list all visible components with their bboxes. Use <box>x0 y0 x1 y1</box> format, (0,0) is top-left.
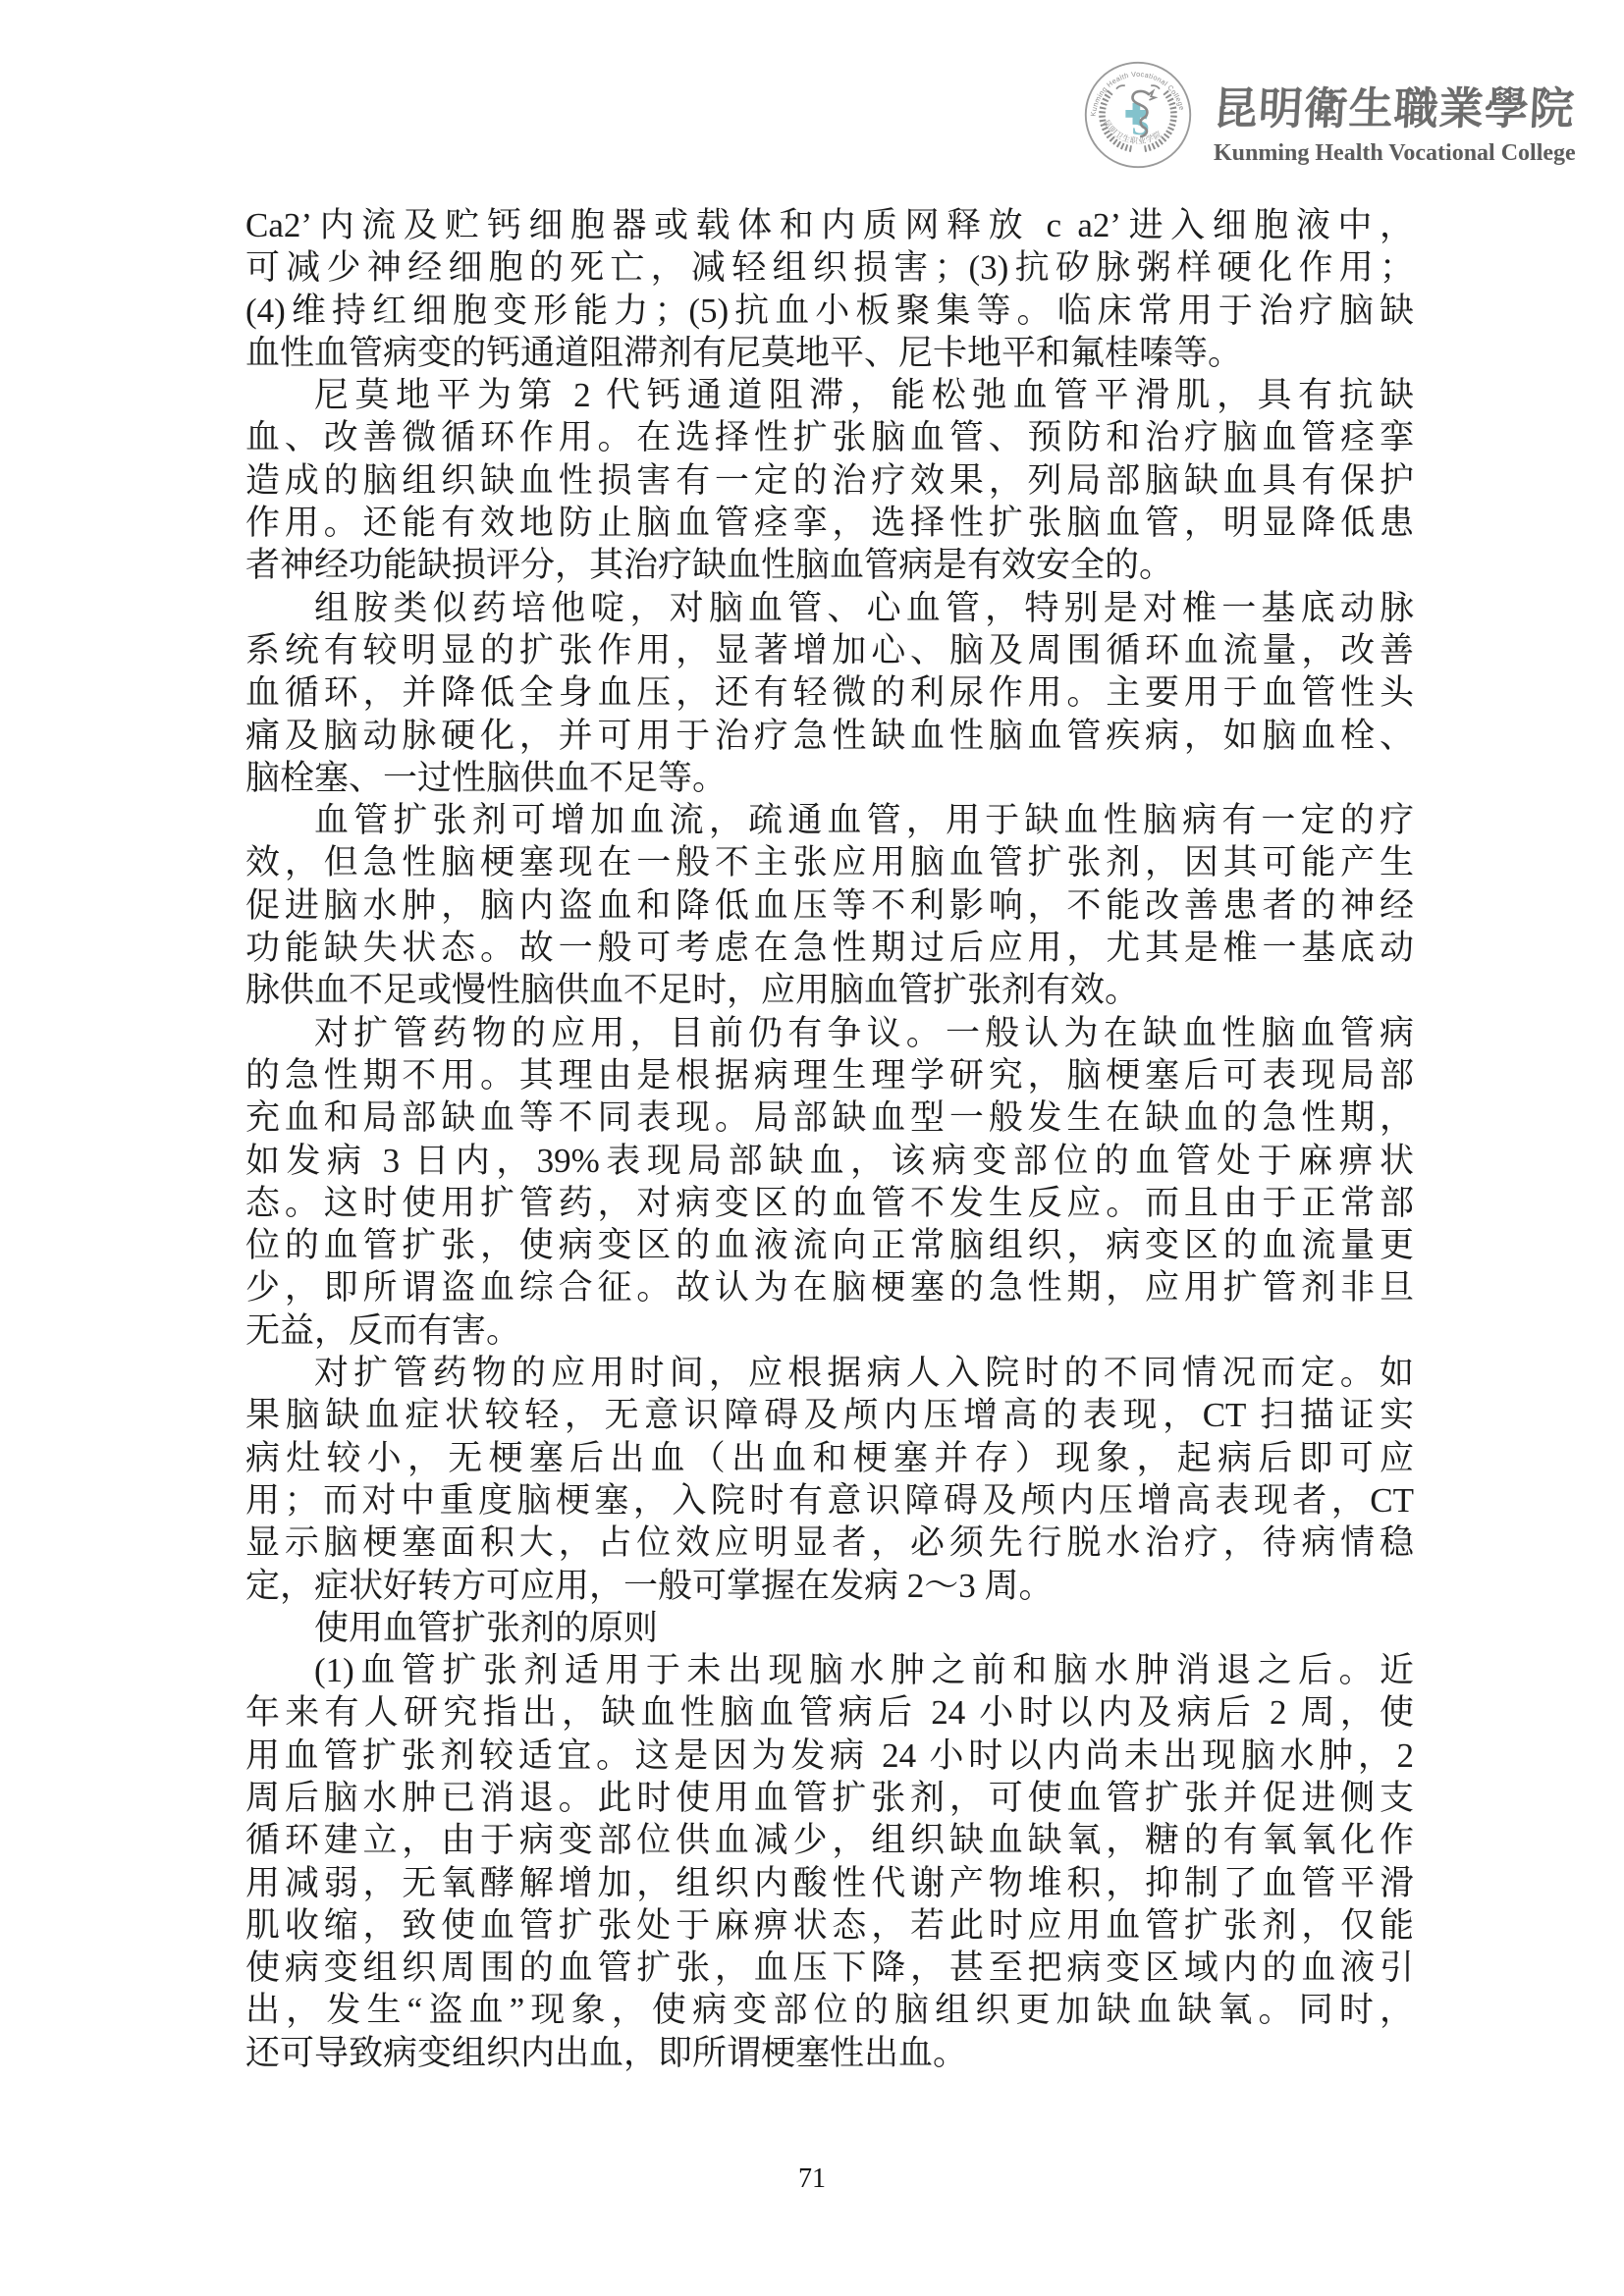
text-line: 血性血管病变的钙通道阻滞剂有尼莫地平、尼卡地平和氟桂嗪等。 <box>245 332 1414 374</box>
text-line: 充血和局部缺血等不同表现。局部缺血型一般发生在缺血的急性期， <box>245 1096 1414 1139</box>
text-line: 少，即所谓盗血综合征。故认为在脑梗塞的急性期，应用扩管剂非旦 <box>245 1266 1414 1308</box>
text-line: 功能缺失状态。故一般可考虑在急性期过后应用，尤其是椎一基底动 <box>245 927 1414 969</box>
text-line: 效，但急性脑梗塞现在一般不主张应用脑血管扩张剂，因其可能产生 <box>245 841 1414 883</box>
text-line: 肌收缩，致使血管扩张处于麻痹状态，若此时应用血管扩张剂，仅能 <box>245 1904 1414 1947</box>
paragraph: 尼莫地平为第 2 代钙通道阻滞，能松弛血管平滑肌，具有抗缺血、改善微循环作用。在… <box>245 374 1414 586</box>
text-line: 使病变组织周围的血管扩张，血压下降，甚至把病变区域内的血液引 <box>245 1947 1414 1989</box>
text-line: 态。这时使用扩管药，对病变区的血管不发生反应。而且由于正常部 <box>245 1182 1414 1224</box>
text-line: 周后脑水肿已消退。此时使用血管扩张剂，可使血管扩张并促进侧支 <box>245 1777 1414 1819</box>
text-line: 可减少神经细胞的死亡，减轻组织损害；(3)抗矽脉粥样硬化作用； <box>245 246 1414 289</box>
document-page: Kunming Health Vocational College 昆明卫生职业… <box>0 0 1624 2296</box>
text-line: Ca2’内流及贮钙细胞器或载体和内质网释放 c a2’进入细胞液中， <box>245 204 1414 246</box>
paragraph: Ca2’内流及贮钙细胞器或载体和内质网释放 c a2’进入细胞液中，可减少神经细… <box>245 204 1414 374</box>
text-line: 者神经功能缺损评分，其治疗缺血性脑血管病是有效安全的。 <box>245 544 1414 586</box>
text-line: 无益，反而有害。 <box>245 1309 1414 1352</box>
document-body: Ca2’内流及贮钙细胞器或载体和内质网释放 c a2’进入细胞液中，可减少神经细… <box>245 204 1414 2074</box>
page-number: 71 <box>0 2163 1624 2195</box>
paragraph: 使用血管扩张剂的原则 <box>245 1607 1414 1649</box>
text-line: 组胺类似药培他啶，对脑血管、心血管，特别是对椎一基底动脉 <box>245 587 1414 629</box>
text-line: 病灶较小，无梗塞后出血（出血和梗塞并存）现象，起病后即可应 <box>245 1437 1414 1479</box>
text-line: 用；而对中重度脑梗塞，入院时有意识障碍及颅内压增高表现者，CT <box>245 1479 1414 1522</box>
text-line: 血管扩张剂可增加血流，疏通血管，用于缺血性脑病有一定的疗 <box>245 799 1414 841</box>
text-line: 出，发生“盗血”现象，使病变部位的脑组织更加缺血缺氧。同时， <box>245 1989 1414 2031</box>
text-line: 系统有较明显的扩张作用，显著增加心、脑及周围循环血流量，改善 <box>245 629 1414 671</box>
text-line: 痛及脑动脉硬化，并可用于治疗急性缺血性脑血管疾病，如脑血栓、 <box>245 715 1414 757</box>
paragraph: (1)血管扩张剂适用于未出现脑水肿之前和脑水肿消退之后。近年来有人研究指出，缺血… <box>245 1649 1414 2074</box>
text-line: 用减弱，无氧酵解增加，组织内酸性代谢产物堆积，抑制了血管平滑 <box>245 1862 1414 1904</box>
text-line: (1)血管扩张剂适用于未出现脑水肿之前和脑水肿消退之后。近 <box>245 1649 1414 1691</box>
text-line: 如发病 3 日内，39%表现局部缺血，该病变部位的血管处于麻痹状 <box>245 1140 1414 1182</box>
college-name-en: Kunming Health Vocational College <box>1214 140 1577 167</box>
paragraph: 组胺类似药培他啶，对脑血管、心血管，特别是对椎一基底动脉系统有较明显的扩张作用，… <box>245 587 1414 799</box>
text-line: 尼莫地平为第 2 代钙通道阻滞，能松弛血管平滑肌，具有抗缺 <box>245 374 1414 416</box>
text-line: 对扩管药物的应用，目前仍有争议。一般认为在缺血性脑血管病 <box>245 1012 1414 1054</box>
text-line: 血循环，并降低全身血压，还有轻微的利尿作用。主要用于血管性头 <box>245 671 1414 714</box>
text-line: 位的血管扩张，使病变区的血液流向正常脑组织，病变区的血流量更 <box>245 1224 1414 1266</box>
text-line: 还可导致病变组织内出血，即所谓梗塞性出血。 <box>245 2032 1414 2074</box>
text-line: (4)维持红细胞变形能力；(5)抗血小板聚集等。临床常用于治疗脑缺 <box>245 290 1414 332</box>
paragraph: 血管扩张剂可增加血流，疏通血管，用于缺血性脑病有一定的疗效，但急性脑梗塞现在一般… <box>245 799 1414 1011</box>
text-line: 脉供血不足或慢性脑供血不足时，应用脑血管扩张剂有效。 <box>245 969 1414 1011</box>
paragraph: 对扩管药物的应用，目前仍有争议。一般认为在缺血性脑血管病的急性期不用。其理由是根… <box>245 1012 1414 1352</box>
text-line: 果脑缺血症状较轻，无意识障碍及颅内压增高的表现，CT 扫描证实 <box>245 1394 1414 1436</box>
text-line: 显示脑梗塞面积大，占位效应明显者，必须先行脱水治疗，待病情稳 <box>245 1522 1414 1564</box>
text-line: 的急性期不用。其理由是根据病理生理学研究，脑梗塞后可表现局部 <box>245 1054 1414 1096</box>
text-line: 定，症状好转方可应用，一般可掌握在发病 2～3 周。 <box>245 1565 1414 1607</box>
college-name-zh: 昆明衛生職業學院 <box>1212 73 1578 136</box>
text-line: 循环建立，由于病变部位供血减少，组织缺血缺氧，糖的有氧氧化作 <box>245 1819 1414 1861</box>
text-line: 血、改善微循环作用。在选择性扩张脑血管、预防和治疗脑血管痉挛 <box>245 416 1414 458</box>
text-line: 使用血管扩张剂的原则 <box>245 1607 1414 1649</box>
text-line: 用血管扩张剂较适宜。这是因为发病 24 小时以内尚未出现脑水肿，2 <box>245 1735 1414 1777</box>
text-line: 造成的脑组织缺血性损害有一定的治疗效果，列局部脑缺血具有保护 <box>245 459 1414 502</box>
text-line: 作用。还能有效地防止脑血管痉挛，选择性扩张脑血管，明显降低患 <box>245 502 1414 544</box>
header-college-name-block: 昆明衛生職業學院 Kunming Health Vocational Colle… <box>1214 73 1577 167</box>
text-line: 促进脑水肿，脑内盗血和降低血压等不利影响，不能改善患者的神经 <box>245 884 1414 927</box>
paragraph: 对扩管药物的应用时间，应根据病人入院时的不同情况而定。如果脑缺血症状较轻，无意识… <box>245 1352 1414 1607</box>
text-line: 脑栓塞、一过性脑供血不足等。 <box>245 757 1414 799</box>
text-line: 对扩管药物的应用时间，应根据病人入院时的不同情况而定。如 <box>245 1352 1414 1394</box>
text-line: 年来有人研究指出，缺血性脑血管病后 24 小时以内及病后 2 周，使 <box>245 1691 1414 1734</box>
college-seal-logo: Kunming Health Vocational College 昆明卫生职业… <box>1084 61 1192 169</box>
